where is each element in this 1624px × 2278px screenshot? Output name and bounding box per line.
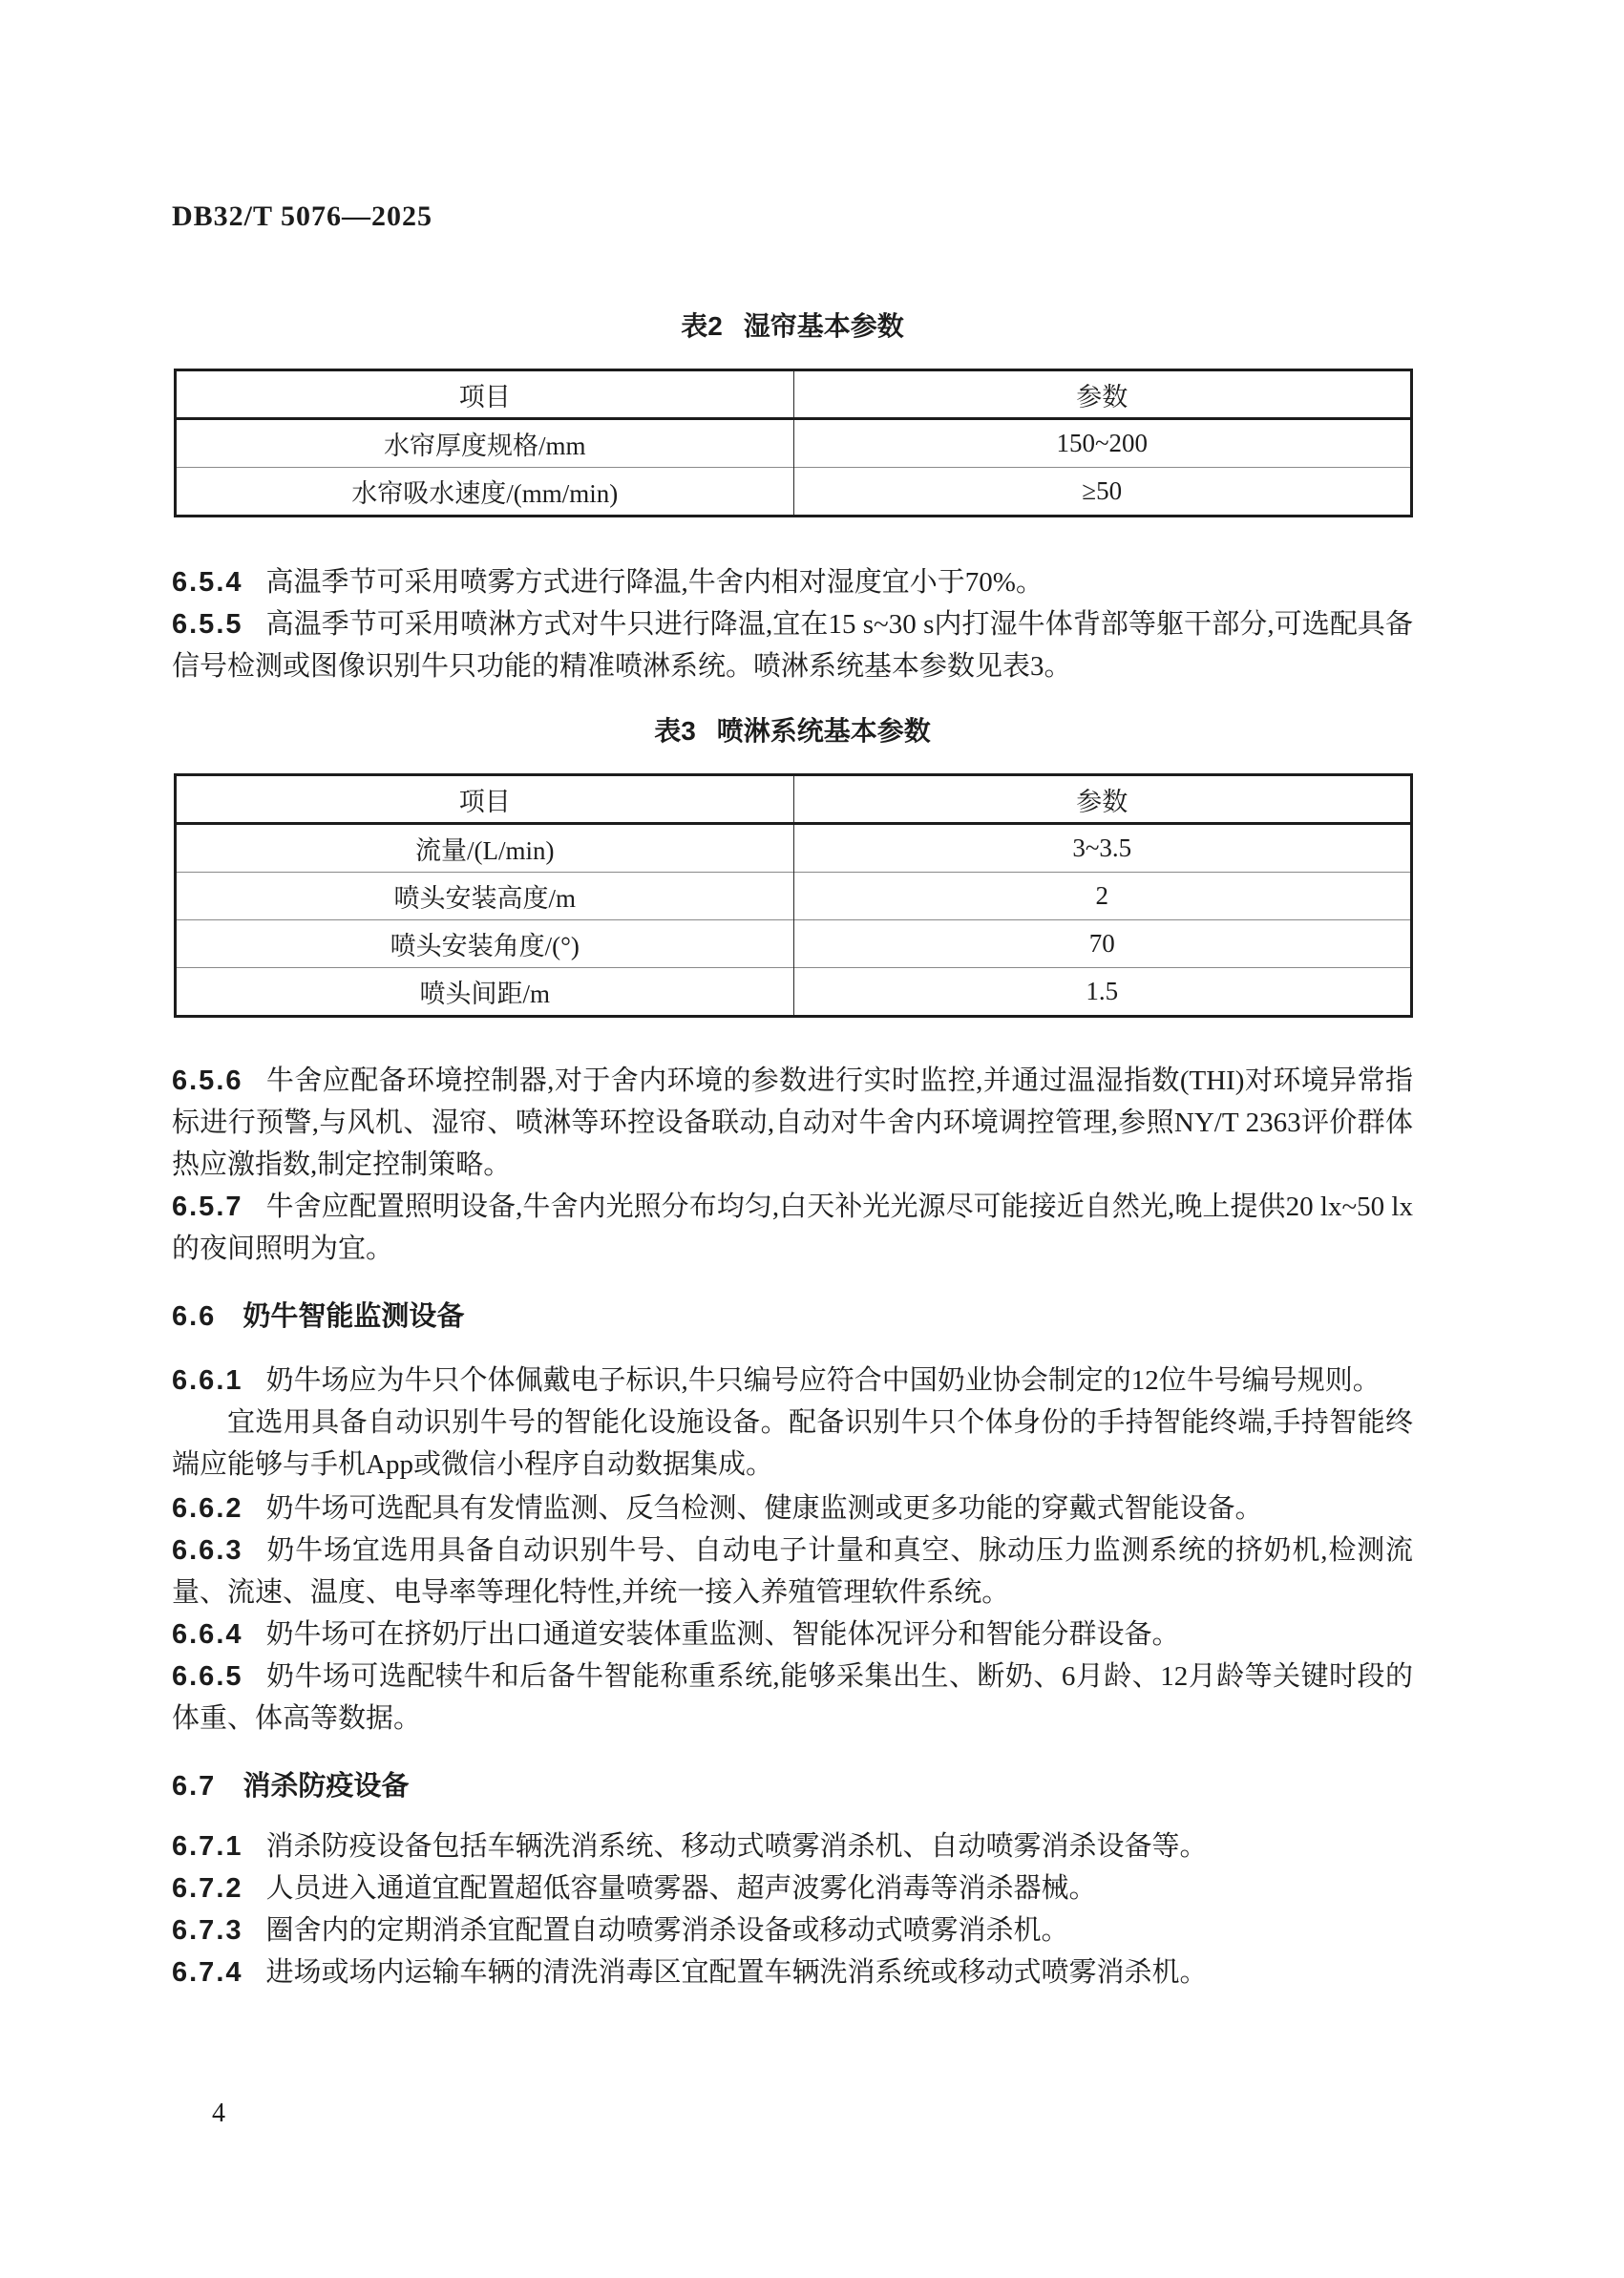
table2-header-row: 项目 参数	[176, 370, 1412, 419]
table-row: 水帘厚度规格/mm 150~200	[176, 419, 1412, 468]
table2: 项目 参数 水帘厚度规格/mm 150~200 水帘吸水速度/(mm/min) …	[174, 369, 1413, 517]
clause-number: 6.5.4	[172, 567, 243, 598]
table-row: 喷头安装角度/(°) 70	[176, 920, 1412, 968]
document-page: DB32/T 5076—2025 表2湿帘基本参数 项目 参数 水帘厚度规格/m…	[0, 0, 1624, 2278]
section-number: 6.6	[172, 1301, 216, 1332]
table-row: 流量/(L/min) 3~3.5	[176, 824, 1412, 873]
clause-text: 牛舍应配置照明设备,牛舍内光照分布均匀,白天补光光源尽可能接近自然光,晚上提供2…	[172, 1192, 1413, 1264]
table3-row0-param: 3~3.5	[793, 824, 1412, 873]
clause-number: 6.5.5	[172, 609, 243, 640]
section-title: 奶牛智能监测设备	[243, 1301, 464, 1332]
clause-6-7-2: 6.7.2人员进入通道宜配置超低容量喷雾器、超声波雾化消毒等消杀器械。	[172, 1867, 1413, 1909]
table3-caption-number: 表3	[654, 716, 696, 746]
table3-row1-item: 喷头安装高度/m	[176, 873, 794, 920]
section-heading-6-6: 6.6奶牛智能监测设备	[172, 1295, 464, 1334]
clause-text: 进场或场内运输车辆的清洗消毒区宜配置车辆洗消系统或移动式喷雾消杀机。	[266, 1957, 1208, 1988]
clause-number: 6.6.4	[172, 1619, 243, 1650]
clause-text: 奶牛场宜选用具备自动识别牛号、自动电子计量和真空、脉动压力监测系统的挤奶机,检测…	[172, 1535, 1413, 1608]
clause-6-6-4: 6.6.4奶牛场可在挤奶厅出口通道安装体重监测、智能体况评分和智能分群设备。	[172, 1614, 1413, 1656]
clause-number: 6.6.1	[172, 1365, 243, 1396]
clause-text: 高温季节可采用喷淋方式对牛只进行降温,宜在15 s~30 s内打湿牛体背部等躯干…	[172, 609, 1413, 682]
table3-row0-item: 流量/(L/min)	[176, 824, 794, 873]
clause-number: 6.7.2	[172, 1873, 243, 1904]
table2-row0-param: 150~200	[793, 419, 1412, 468]
clause-text: 圈舍内的定期消杀宜配置自动喷雾消杀设备或移动式喷雾消杀机。	[266, 1915, 1069, 1946]
table2-col-item: 项目	[176, 370, 794, 419]
clause-6-6-2: 6.6.2奶牛场可选配具有发情监测、反刍检测、健康监测或更多功能的穿戴式智能设备…	[172, 1487, 1413, 1529]
section-title: 消杀防疫设备	[243, 1771, 409, 1802]
table2-row1-param: ≥50	[793, 468, 1412, 517]
clause-block-661: 6.6.1奶牛场应为牛只个体佩戴电子标识,牛只编号应符合中国奶业协会制定的12位…	[172, 1360, 1413, 1486]
clause-number: 6.6.3	[172, 1535, 243, 1566]
table3-col-item: 项目	[176, 775, 794, 824]
table3-row2-item: 喷头安装角度/(°)	[176, 920, 794, 968]
clause-6-7-4: 6.7.4进场或场内运输车辆的清洗消毒区宜配置车辆洗消系统或移动式喷雾消杀机。	[172, 1951, 1413, 1993]
table3: 项目 参数 流量/(L/min) 3~3.5 喷头安装高度/m 2 喷头安装角度…	[174, 773, 1413, 1018]
clause-6-5-7: 6.5.7牛舍应配置照明设备,牛舍内光照分布均匀,白天补光光源尽可能接近自然光,…	[172, 1186, 1413, 1270]
section-heading-6-7: 6.7消杀防疫设备	[172, 1764, 409, 1803]
clause-number: 6.5.7	[172, 1192, 243, 1222]
table-row: 喷头安装高度/m 2	[176, 873, 1412, 920]
clause-6-5-4: 6.5.4高温季节可采用喷雾方式进行降温,牛舍内相对湿度宜小于70%。	[172, 561, 1413, 603]
clause-number: 6.5.6	[172, 1065, 243, 1096]
table3-row3-item: 喷头间距/m	[176, 968, 794, 1017]
table2-row0-item: 水帘厚度规格/mm	[176, 419, 794, 468]
clause-6-5-6: 6.5.6牛舍应配备环境控制器,对于舍内环境的参数进行实时监控,并通过温湿指数(…	[172, 1060, 1413, 1186]
table3-caption-title: 喷淋系统基本参数	[717, 716, 931, 746]
clause-number: 6.6.2	[172, 1493, 243, 1524]
clause-number: 6.7.1	[172, 1831, 243, 1862]
table2-caption: 表2湿帘基本参数	[172, 306, 1413, 344]
clause-6-7-3: 6.7.3圈舍内的定期消杀宜配置自动喷雾消杀设备或移动式喷雾消杀机。	[172, 1909, 1413, 1951]
table3-row1-param: 2	[793, 873, 1412, 920]
table-row: 水帘吸水速度/(mm/min) ≥50	[176, 468, 1412, 517]
clause-text: 消杀防疫设备包括车辆洗消系统、移动式喷雾消杀机、自动喷雾消杀设备等。	[266, 1831, 1208, 1862]
section-number: 6.7	[172, 1771, 216, 1802]
clause-number: 6.7.3	[172, 1915, 243, 1946]
clause-6-6-3: 6.6.3奶牛场宜选用具备自动识别牛号、自动电子计量和真空、脉动压力监测系统的挤…	[172, 1529, 1413, 1614]
table3-row2-param: 70	[793, 920, 1412, 968]
clause-6-5-5: 6.5.5高温季节可采用喷淋方式对牛只进行降温,宜在15 s~30 s内打湿牛体…	[172, 603, 1413, 687]
clause-6-6-1: 6.6.1奶牛场应为牛只个体佩戴电子标识,牛只编号应符合中国奶业协会制定的12位…	[172, 1360, 1413, 1402]
clause-6-6-1-continuation: 宜选用具备自动识别牛号的智能化设施设备。配备识别牛只个体身份的手持智能终端,手持…	[172, 1402, 1413, 1486]
table3-caption: 表3喷淋系统基本参数	[172, 710, 1413, 749]
clause-6-6-5: 6.6.5奶牛场可选配犊牛和后备牛智能称重系统,能够采集出生、断奶、6月龄、12…	[172, 1656, 1413, 1740]
page-number: 4	[212, 2099, 225, 2129]
clause-text: 牛舍应配备环境控制器,对于舍内环境的参数进行实时监控,并通过温湿指数(THI)对…	[172, 1065, 1413, 1180]
table2-col-param: 参数	[793, 370, 1412, 419]
clause-block-662-665: 6.6.2奶牛场可选配具有发情监测、反刍检测、健康监测或更多功能的穿戴式智能设备…	[172, 1487, 1413, 1740]
table2-caption-title: 湿帘基本参数	[744, 311, 904, 341]
clause-text: 人员进入通道宜配置超低容量喷雾器、超声波雾化消毒等消杀器械。	[266, 1873, 1097, 1904]
table3-col-param: 参数	[793, 775, 1412, 824]
table2-row1-item: 水帘吸水速度/(mm/min)	[176, 468, 794, 517]
table-row: 喷头间距/m 1.5	[176, 968, 1412, 1017]
table3-row3-param: 1.5	[793, 968, 1412, 1017]
clause-text: 奶牛场可在挤奶厅出口通道安装体重监测、智能体况评分和智能分群设备。	[266, 1619, 1180, 1650]
clause-text: 奶牛场应为牛只个体佩戴电子标识,牛只编号应符合中国奶业协会制定的12位牛号编号规…	[266, 1365, 1381, 1396]
clause-number: 6.6.5	[172, 1661, 243, 1692]
table3-header-row: 项目 参数	[176, 775, 1412, 824]
clause-text: 奶牛场可选配犊牛和后备牛智能称重系统,能够采集出生、断奶、6月龄、12月龄等关键…	[172, 1661, 1413, 1734]
clause-block-654-655: 6.5.4高温季节可采用喷雾方式进行降温,牛舍内相对湿度宜小于70%。 6.5.…	[172, 561, 1413, 687]
clause-number: 6.7.4	[172, 1957, 243, 1988]
clause-block-671-674: 6.7.1消杀防疫设备包括车辆洗消系统、移动式喷雾消杀机、自动喷雾消杀设备等。 …	[172, 1825, 1413, 1993]
clause-text: 奶牛场可选配具有发情监测、反刍检测、健康监测或更多功能的穿戴式智能设备。	[266, 1493, 1263, 1524]
clause-6-7-1: 6.7.1消杀防疫设备包括车辆洗消系统、移动式喷雾消杀机、自动喷雾消杀设备等。	[172, 1825, 1413, 1867]
doc-code: DB32/T 5076—2025	[172, 200, 432, 233]
clause-block-656-657: 6.5.6牛舍应配备环境控制器,对于舍内环境的参数进行实时监控,并通过温湿指数(…	[172, 1060, 1413, 1270]
table2-caption-number: 表2	[681, 311, 723, 341]
clause-text: 高温季节可采用喷雾方式进行降温,牛舍内相对湿度宜小于70%。	[266, 567, 1044, 598]
